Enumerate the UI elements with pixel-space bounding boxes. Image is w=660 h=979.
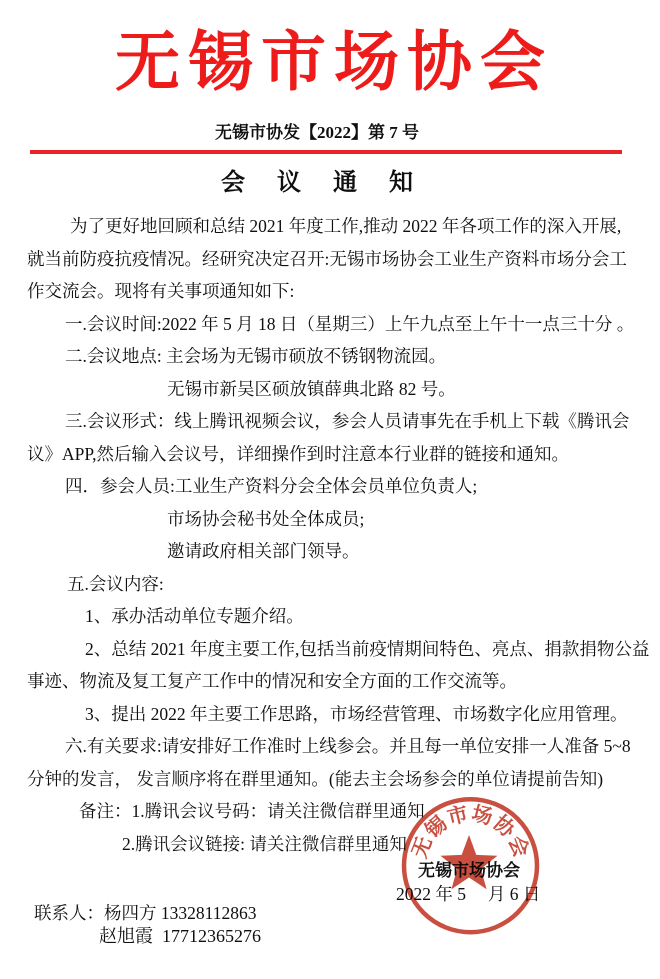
body-line-remark: 2.腾讯会议链接: 请关注微信群里通知 [27, 828, 639, 861]
body-line-meeting-time: 一.会议时间:2022 年 5 月 18 日（星期三）上午九点至上午十一点三十分… [27, 308, 639, 341]
body-line: 议》APP,然后输入会议号，详细操作到时注意本行业群的链接和通知。 [27, 438, 639, 471]
body-line-attendees: 四．参会人员:工业生产资料分会全体会员单位负责人; [27, 470, 639, 503]
body-line-agenda-header: 五.会议内容: [27, 568, 639, 601]
body-line-address: 无锡市新吴区硕放镇薛典北路 82 号。 [27, 373, 639, 406]
doc-number: 无锡市协发【2022】第 7 号 [0, 121, 634, 145]
body-line-requirements: 六.有关要求:请安排好工作准时上线参会。并且每一单位安排一人准备 5~8 [27, 730, 639, 763]
body-line: 就当前防疫抗疫情况。经研究决定召开:无锡市场协会工业生产资料市场分会工 [27, 243, 639, 276]
body-line: 作交流会。现将有关事项通知如下: [27, 275, 639, 308]
body-line: 事迹、物流及复工复产工作中的情况和安全方面的工作交流等。 [27, 665, 639, 698]
contact-person-1: 联系人：杨四方 13328112863 [34, 902, 256, 924]
body-line-remark: 备注：1.腾讯会议号码：请关注微信群里通知 [27, 795, 639, 828]
contact-person-2: 赵旭霞 17712365276 [99, 925, 261, 947]
red-divider-rule [30, 150, 622, 154]
body-line-agenda-item: 2、总结 2021 年度主要工作,包括当前疫情期间特色、亮点、捐款捐物公益 [27, 633, 639, 666]
org-title: 无锡市场协会 [0, 24, 660, 102]
stamp-star-icon [441, 835, 498, 889]
body-line-attendees: 邀请政府相关部门领导。 [27, 535, 639, 568]
notice-title: 会 议 通 知 [0, 168, 634, 198]
meeting-notice-document: 无锡市场协会 无锡市协发【2022】第 7 号 会 议 通 知 为了更好地回顾和… [0, 0, 660, 979]
body-line: 为了更好地回顾和总结 2021 年度工作,推动 2022 年各项工作的深入开展, [27, 210, 639, 243]
body-line-attendees: 市场协会秘书处全体成员; [27, 503, 639, 536]
body-line-agenda-item: 1、承办活动单位专题介绍。 [27, 600, 639, 633]
body-line-agenda-item: 3、提出 2022 年主要工作思路，市场经营管理、市场数字化应用管理。 [27, 698, 639, 731]
body-line-meeting-format: 三.会议形式：线上腾讯视频会议，参会人员请事先在手机上下载《腾讯会 [27, 405, 639, 438]
body-line-meeting-place: 二.会议地点: 主会场为无锡市硕放不锈钢物流园。 [27, 340, 639, 373]
notice-body: 为了更好地回顾和总结 2021 年度工作,推动 2022 年各项工作的深入开展,… [27, 210, 639, 860]
official-seal-stamp: 无锡市场协会 [396, 791, 547, 942]
body-line: 分钟的发言， 发言顺序将在群里通知。(能去主会场参会的单位请提前告知) [27, 763, 639, 796]
